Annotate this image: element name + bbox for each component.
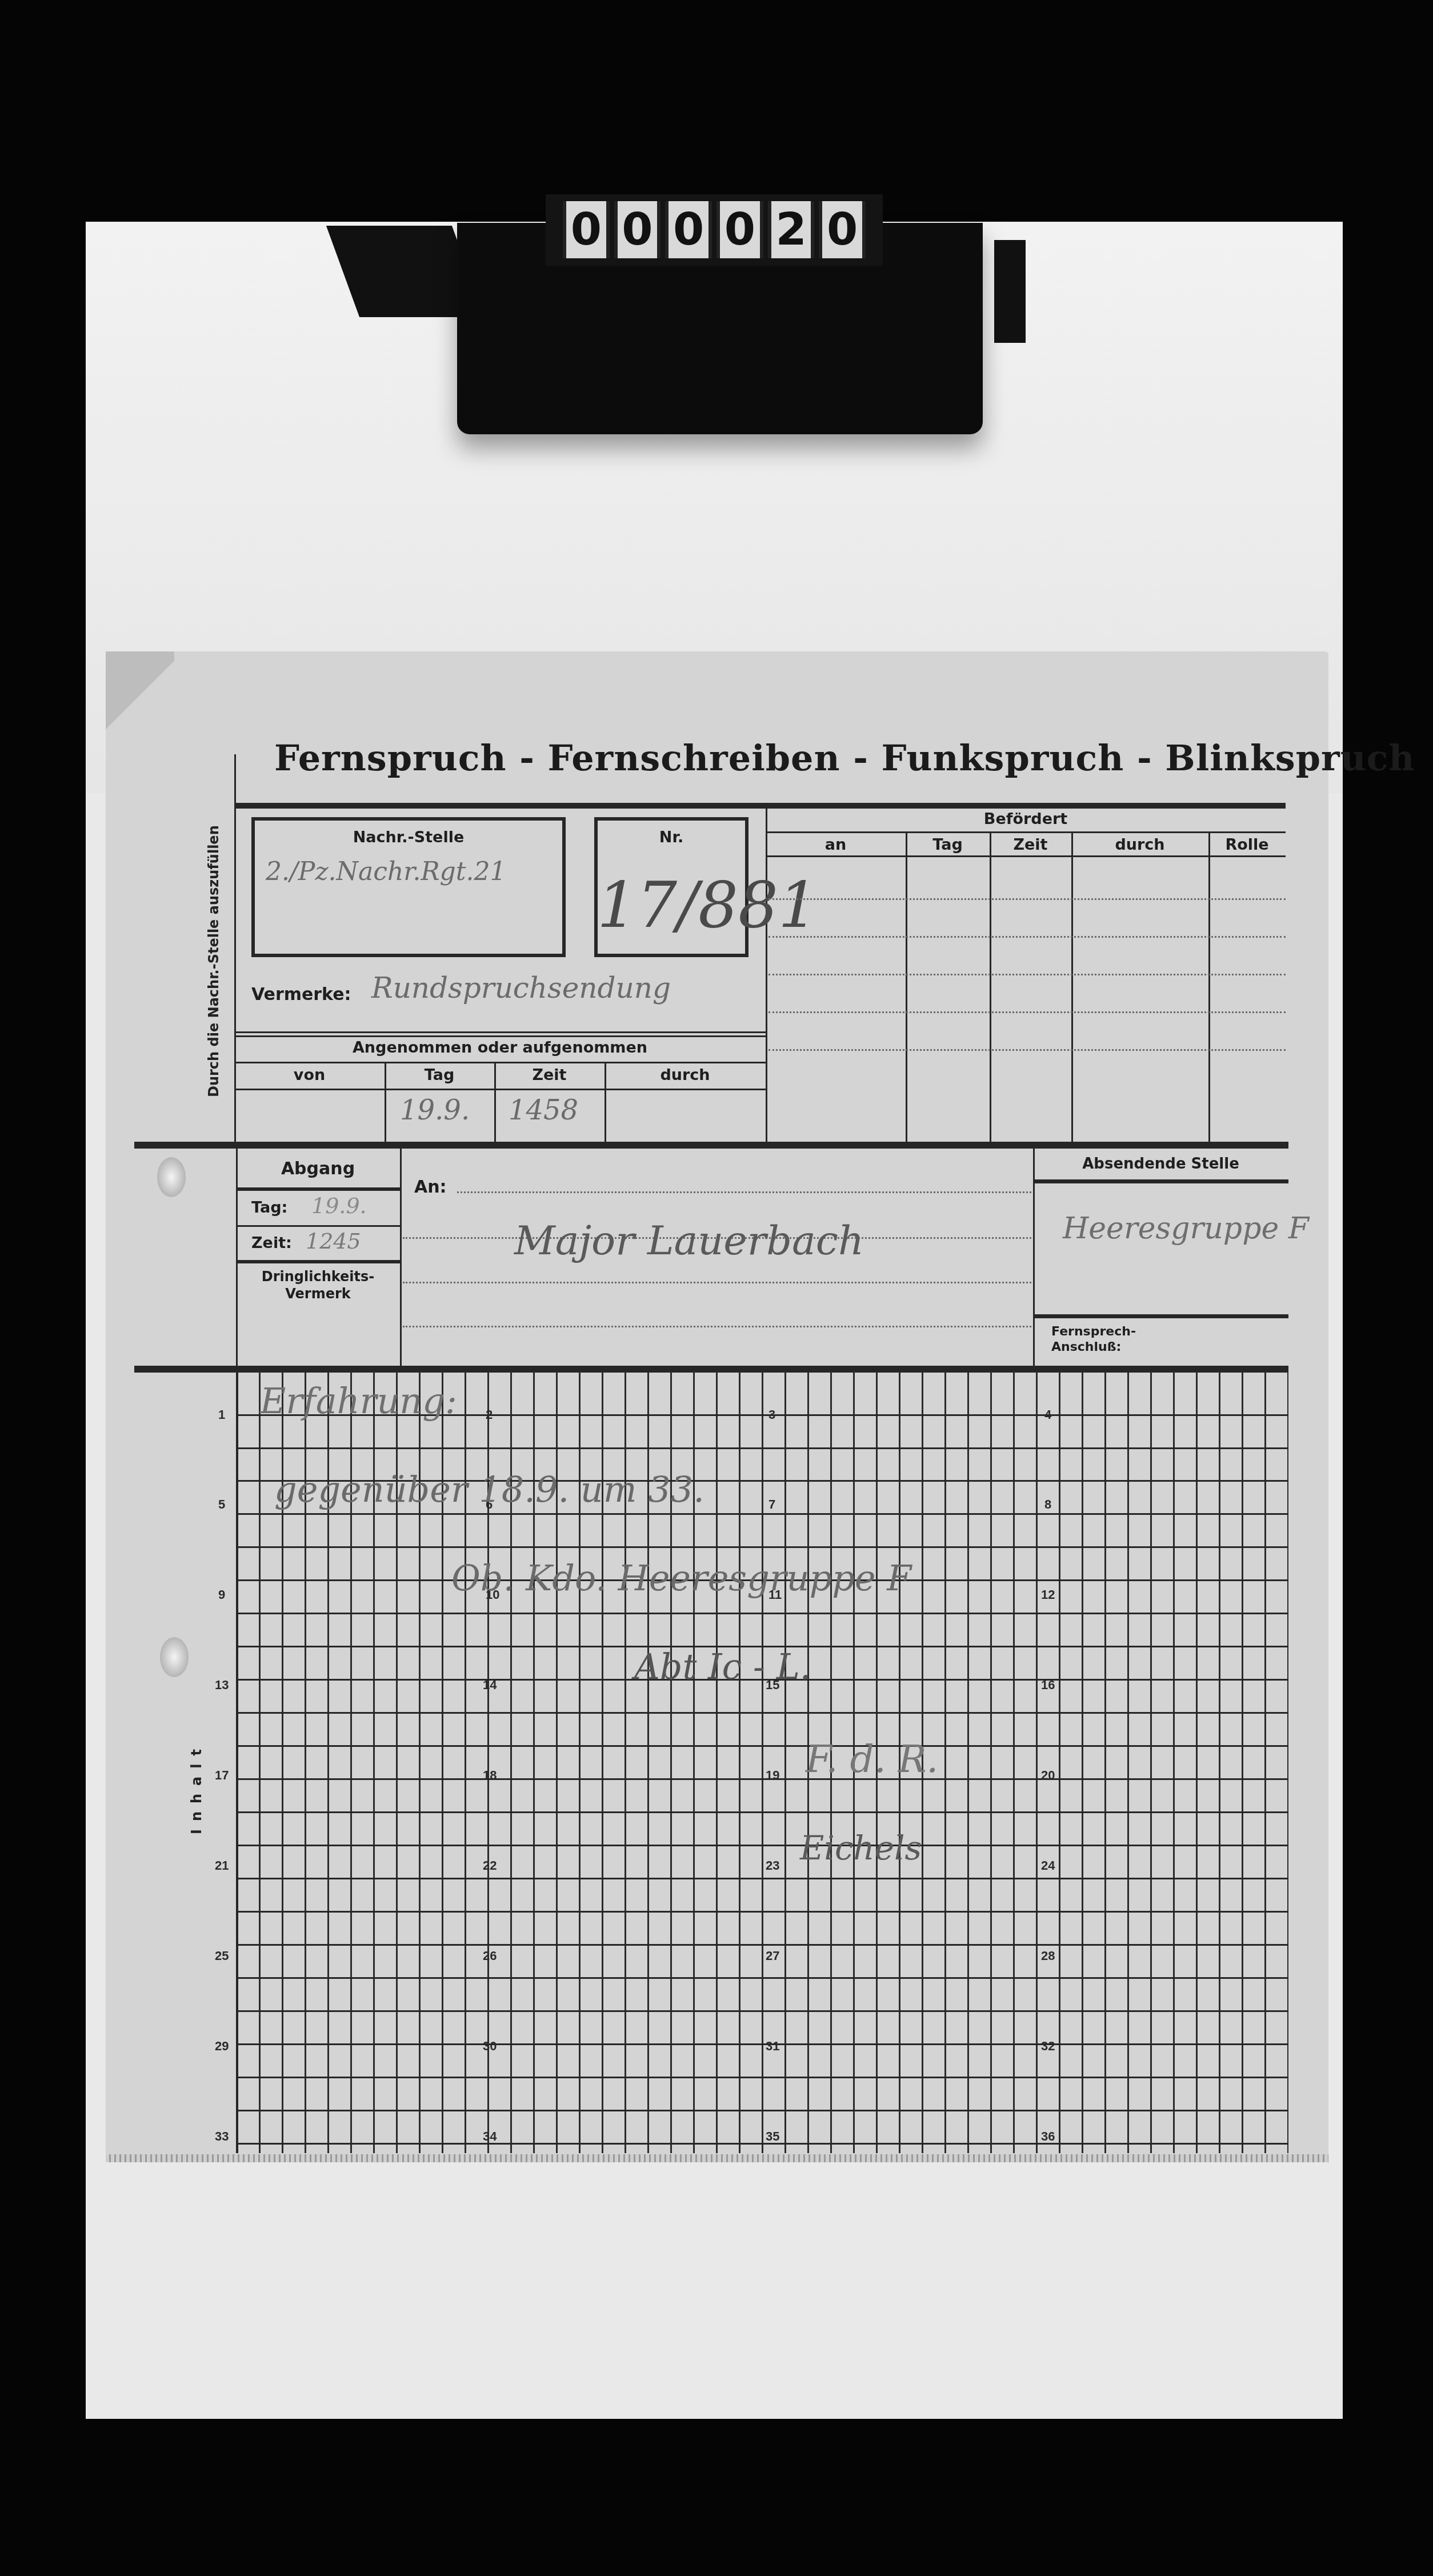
grid-row-line (236, 2043, 1288, 2045)
row-number: 35 (766, 2129, 779, 2144)
nachr-stelle-value[interactable]: 2./Pz.Nachr.Rgt.21 (266, 857, 506, 886)
row-number: 1 (218, 1407, 225, 1422)
col-divider (990, 831, 991, 1143)
grid-row-line (236, 1911, 1288, 1913)
message-line[interactable]: Abt Ic - L. (634, 1646, 811, 1687)
row-number: 3 (768, 1407, 775, 1422)
vermerke-label: Vermerke: (251, 985, 351, 1005)
an-label: An: (414, 1177, 447, 1197)
grid-row-line (236, 1546, 1288, 1548)
torn-edge (106, 2154, 1328, 2162)
befoerdert-header: Befördert (766, 810, 1286, 828)
befoerdert-col-tag: Tag (906, 836, 990, 854)
grid-row-line (236, 1745, 1288, 1747)
nr-label: Nr. (594, 829, 748, 846)
rule (236, 1187, 400, 1191)
row-number: 23 (766, 1858, 779, 1873)
grid-row-line (236, 1977, 1288, 1979)
grid-row-line (236, 2077, 1288, 2078)
grid-row-line (236, 2010, 1288, 2012)
grid-row-line (236, 1712, 1288, 1714)
dotted-line (403, 1326, 1031, 1327)
row-number: 33 (215, 2129, 229, 2144)
header-rule (234, 803, 1286, 809)
rule (234, 1089, 766, 1090)
grid-row-line (236, 1811, 1288, 1813)
befoerdert-col-durch: durch (1071, 836, 1208, 854)
dotted-line (403, 1282, 1031, 1283)
row-number: 25 (215, 1949, 229, 1963)
grid-row-line (236, 1845, 1288, 1846)
angenommen-tag-value[interactable]: 19.9. (400, 1094, 470, 1126)
row-number: 9 (218, 1587, 225, 1602)
abgang-zeit-value[interactable]: 1245 (306, 1229, 361, 1254)
message-line[interactable]: Ob. Kdo. Heeresgruppe F (451, 1557, 911, 1599)
nachr-stelle-label: Nachr.-Stelle (251, 829, 566, 846)
absendende-stelle-header: Absendende Stelle (1033, 1155, 1288, 1173)
abgang-header: Abgang (236, 1159, 400, 1179)
inhalt-label-text: Inhalt (189, 1741, 205, 1834)
row-number: 18 (483, 1768, 497, 1783)
col-divider (1071, 831, 1073, 1143)
grid-row-line (236, 2110, 1288, 2111)
side-label-text: Durch die Nachr.-Stelle auszufüllen (206, 825, 222, 1097)
grid-left-border (236, 1371, 238, 2153)
nr-value[interactable]: 17/881 (597, 869, 818, 942)
message-line[interactable]: gegenüber 18.9. um 33. (274, 1469, 705, 1510)
counter-digit: 0 (665, 201, 712, 258)
counter-digit: 0 (614, 201, 661, 258)
dotted-line (768, 974, 1286, 975)
col-divider (1208, 831, 1210, 1143)
row-number: 21 (215, 1858, 229, 1873)
dotted-line (768, 898, 1286, 900)
dringlichkeit-label-1: Dringlichkeits- (236, 1269, 400, 1285)
punch-hole (160, 1637, 189, 1677)
fernsprech-label-1: Fernsprech- (1051, 1325, 1136, 1339)
row-number: 22 (483, 1858, 497, 1873)
abgang-zeit-label: Zeit: (251, 1234, 292, 1252)
row-number: 16 (1041, 1678, 1055, 1693)
fernsprech-label-2: Anschluß: (1051, 1340, 1121, 1354)
dringlichkeit-label-2: Vermerk (236, 1286, 400, 1302)
grid-row-line (236, 1613, 1288, 1614)
an-value[interactable]: Major Lauerbach (514, 1217, 864, 1264)
row-number: 14 (483, 1678, 497, 1693)
left-border (234, 754, 236, 1143)
rule (766, 831, 1286, 833)
row-number: 7 (768, 1497, 775, 1512)
vermerke-value[interactable]: Rundspruchsendung (371, 971, 671, 1005)
abgang-tag-value[interactable]: 19.9. (311, 1193, 367, 1218)
rule (234, 1062, 766, 1063)
row-number: 5 (218, 1497, 225, 1512)
abgang-tag-label: Tag: (251, 1199, 287, 1217)
rule (236, 1225, 400, 1227)
counter-digit: 0 (716, 201, 763, 258)
befoerdert-col-zeit: Zeit (990, 836, 1071, 854)
angenommen-col-von: von (234, 1066, 385, 1084)
message-line[interactable]: Erfahrung: (260, 1380, 457, 1422)
row-number: 31 (766, 2039, 779, 2054)
col-divider (400, 1147, 402, 1370)
rule (1033, 1314, 1288, 1318)
row-number: 12 (1041, 1587, 1055, 1602)
grid-row-line (236, 1778, 1288, 1780)
form-title: Fernspruch - Fernschreiben - Funkspruch … (274, 737, 1415, 779)
folded-corner (106, 651, 174, 754)
grid-row-line (236, 1513, 1288, 1515)
grid-row-line (236, 1944, 1288, 1946)
counter-digit: 0 (563, 201, 610, 258)
angenommen-col-zeit: Zeit (494, 1066, 605, 1084)
row-number: 34 (483, 2129, 497, 2144)
inhalt-label: Inhalt (189, 1720, 206, 1834)
col-divider (906, 831, 907, 1143)
col-divider (236, 1147, 238, 1370)
dotted-line (768, 936, 1286, 938)
grid-row-line (236, 1878, 1288, 1879)
row-number: 17 (215, 1768, 229, 1783)
befoerdert-col-rolle: Rolle (1208, 836, 1286, 854)
row-number: 24 (1041, 1858, 1055, 1873)
row-number: 30 (483, 2039, 497, 2054)
row-number: 20 (1041, 1768, 1055, 1783)
counter-tab (994, 240, 1026, 343)
rule (766, 855, 1286, 857)
row-number: 29 (215, 2039, 229, 2054)
rule (1033, 1179, 1288, 1183)
row-number: 19 (766, 1768, 779, 1783)
dotted-line (768, 1011, 1286, 1013)
grid-row-line (236, 2143, 1288, 2145)
rule (236, 1260, 400, 1263)
row-number: 28 (1041, 1949, 1055, 1963)
absendende-stelle-value[interactable]: Heeresgruppe F (1063, 1211, 1309, 1246)
angenommen-col-durch: durch (605, 1066, 766, 1084)
row-number: 36 (1041, 2129, 1055, 2144)
row-number: 27 (766, 1949, 779, 1963)
rule (234, 1035, 766, 1037)
row-number: 13 (215, 1678, 229, 1693)
counter-digit: 2 (768, 201, 815, 258)
angenommen-col-tag: Tag (385, 1066, 494, 1084)
angenommen-header: Angenommen oder aufgenommen (234, 1039, 766, 1057)
row-number: 26 (483, 1949, 497, 1963)
row-number: 2 (486, 1407, 493, 1422)
angenommen-zeit-value[interactable]: 1458 (509, 1094, 578, 1126)
befoerdert-col-an: an (766, 836, 906, 854)
dotted-line (768, 1049, 1286, 1051)
grid-row-line (236, 1447, 1288, 1449)
row-number: 8 (1044, 1497, 1051, 1512)
message-line[interactable]: F. d. R. (806, 1737, 938, 1781)
dotted-line (457, 1191, 1031, 1193)
counter-digit: 0 (819, 201, 866, 258)
frame-counter: 0 0 0 0 2 0 (546, 194, 883, 266)
punch-hole (157, 1157, 186, 1197)
side-label: Durch die Nachr.-Stelle auszufüllen (206, 823, 223, 1097)
row-number: 32 (1041, 2039, 1055, 2054)
signature[interactable]: Eichels (800, 1829, 922, 1867)
rule (234, 1031, 766, 1033)
middle-top-rule (134, 1142, 1288, 1149)
row-number: 4 (1044, 1407, 1051, 1422)
